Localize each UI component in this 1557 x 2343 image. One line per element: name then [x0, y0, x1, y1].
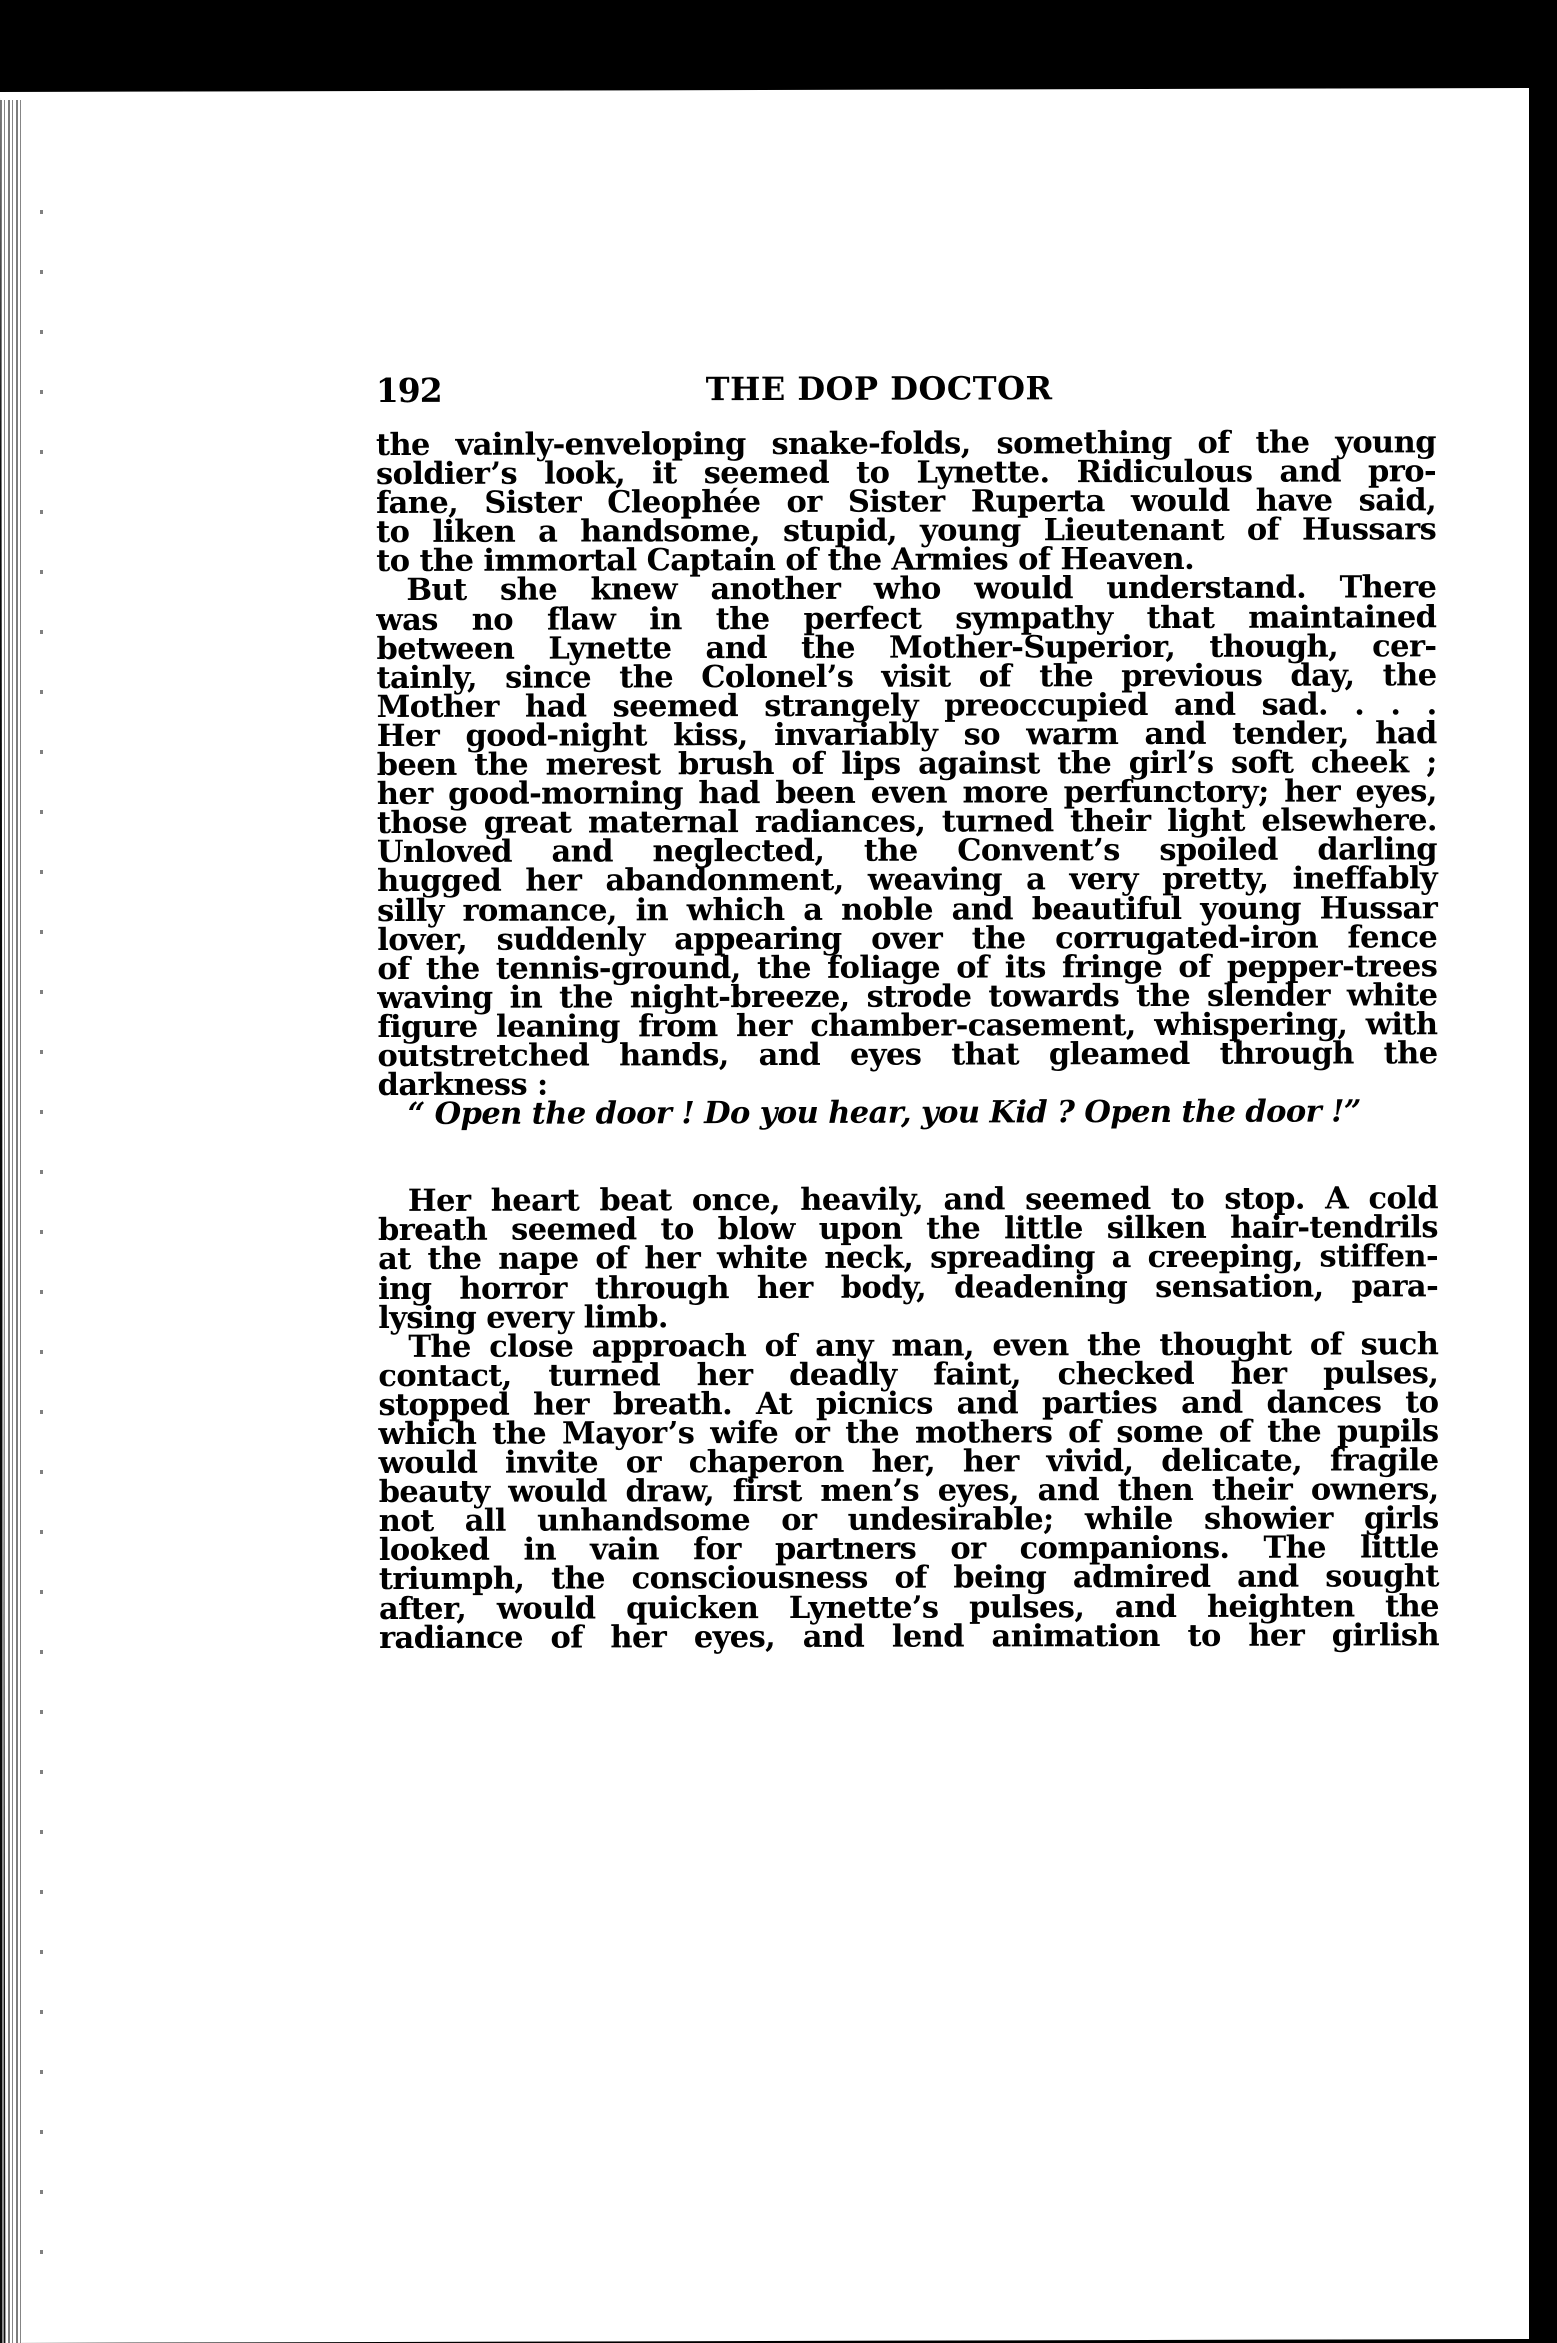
book-page: 192 THE DOP DOCTOR the vainly-enveloping… [0, 88, 1538, 2343]
scan-gutter-noise [0, 100, 22, 2343]
page-header: 192 THE DOP DOCTOR [376, 368, 1436, 411]
section-gap [378, 1126, 1438, 1187]
italic-quote: “ Open the door ! Do you hear, you Kid ?… [378, 1097, 1438, 1129]
scan-border-right [1529, 0, 1557, 2343]
scan-dust-marks [40, 210, 43, 2310]
text-line: radiance of her eyes, and lend animation… [379, 1621, 1439, 1653]
page-number: 192 [376, 371, 442, 410]
running-title: THE DOP DOCTOR [706, 369, 1053, 408]
body-text: the vainly-enveloping snake-folds, somet… [376, 428, 1439, 1653]
scan-border-top [0, 0, 1557, 100]
